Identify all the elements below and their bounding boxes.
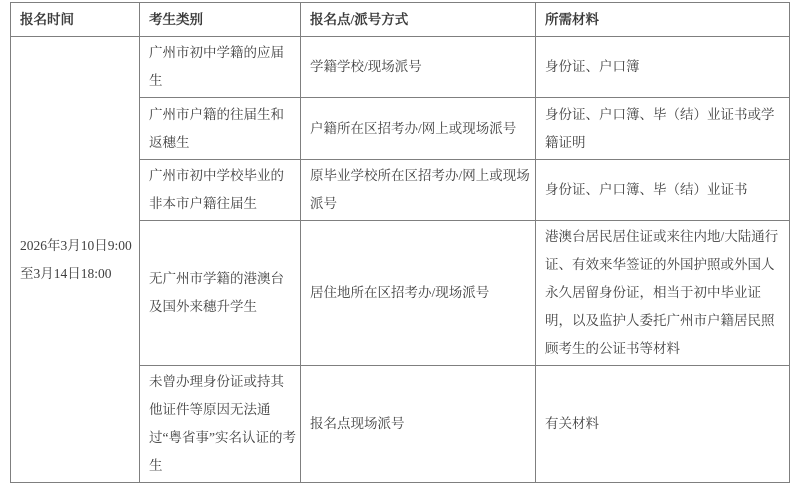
column-header-registration-time: 报名时间 xyxy=(11,3,140,37)
cell-registration-method: 报名点现场派号 xyxy=(301,366,536,483)
cell-required-materials: 身份证、户口簿、毕（结）业证书或学籍证明 xyxy=(536,98,790,160)
column-header-registration-point-method: 报名点/派号方式 xyxy=(301,3,536,37)
cell-registration-method: 学籍学校/现场派号 xyxy=(301,37,536,98)
cell-candidate-category: 广州市初中学籍的应届生 xyxy=(140,37,301,98)
registration-table: 报名时间 考生类别 报名点/派号方式 所需材料 2026年3月10日9:00 至… xyxy=(10,2,790,483)
cell-required-materials: 港澳台居民居住证或来往内地/大陆通行证、有效来华签证的外国护照或外国人永久居留身… xyxy=(536,221,790,366)
registration-time-line-2: 至3月14日18:00 xyxy=(20,260,136,288)
registration-time-line-1: 2026年3月10日9:00 xyxy=(20,232,136,260)
cell-required-materials: 身份证、户口簿、毕（结）业证书 xyxy=(536,160,790,221)
column-header-required-materials: 所需材料 xyxy=(536,3,790,37)
cell-required-materials: 有关材料 xyxy=(536,366,790,483)
cell-candidate-category: 无广州市学籍的港澳台及国外来穗升学生 xyxy=(140,221,301,366)
cell-candidate-category: 未曾办理身份证或持其他证件等原因无法通过“粤省事”实名认证的考生 xyxy=(140,366,301,483)
cell-registration-method: 原毕业学校所在区招考办/网上或现场派号 xyxy=(301,160,536,221)
cell-registration-method: 户籍所在区招考办/网上或现场派号 xyxy=(301,98,536,160)
column-header-candidate-category: 考生类别 xyxy=(140,3,301,37)
cell-required-materials: 身份证、户口簿 xyxy=(536,37,790,98)
cell-registration-time: 2026年3月10日9:00 至3月14日18:00 xyxy=(11,37,140,483)
cell-candidate-category: 广州市初中学校毕业的非本市户籍往届生 xyxy=(140,160,301,221)
cell-candidate-category: 广州市户籍的往届生和返穗生 xyxy=(140,98,301,160)
cell-registration-method: 居住地所在区招考办/现场派号 xyxy=(301,221,536,366)
table-row: 2026年3月10日9:00 至3月14日18:00 广州市初中学籍的应届生 学… xyxy=(11,37,790,98)
table-header-row: 报名时间 考生类别 报名点/派号方式 所需材料 xyxy=(11,3,790,37)
